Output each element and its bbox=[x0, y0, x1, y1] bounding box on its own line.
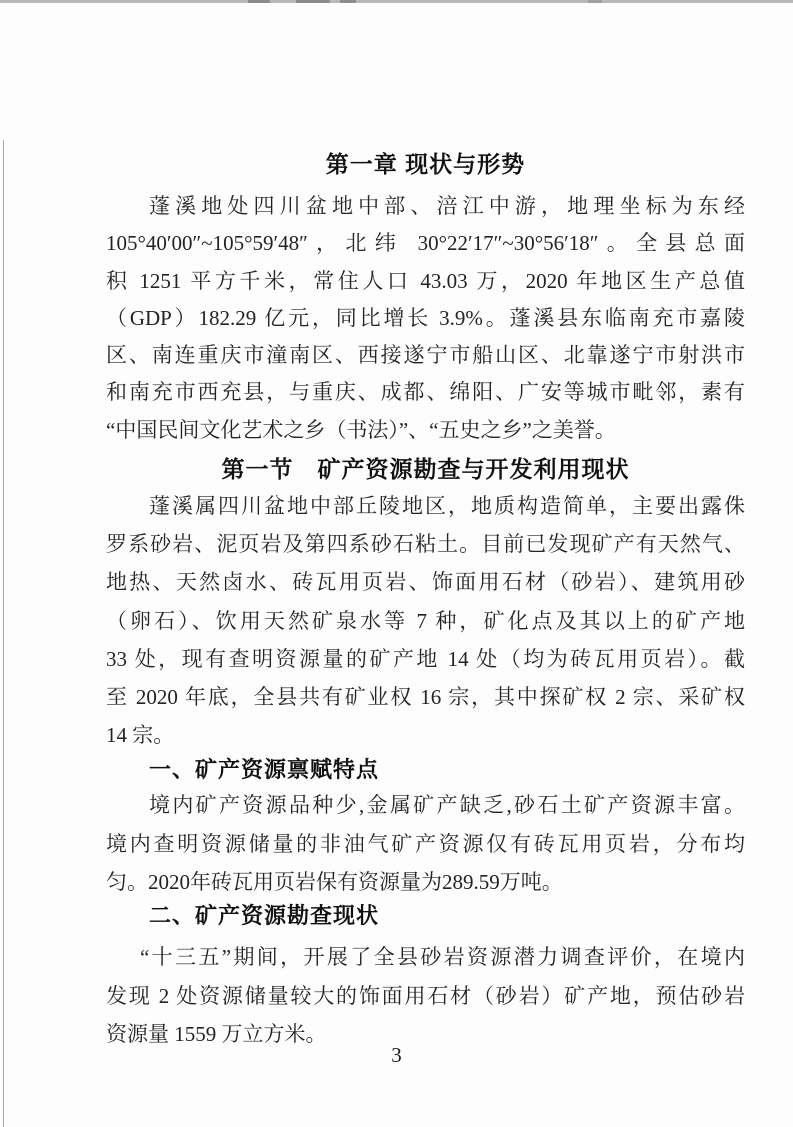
text-line: 105°40′00″~105°59′48″，北纬 30°22′17″~30°56… bbox=[106, 225, 745, 262]
text-line: 积 1251 平方千米，常住人口 43.03 万，2020 年地区生产总值 bbox=[106, 263, 745, 300]
text-line: 蓬溪属四川盆地中部丘陵地区，地质构造简单，主要出露侏 bbox=[106, 487, 745, 525]
text-line: 和南充市西充县，与重庆、成都、绵阳、广安等城市毗邻，素有 bbox=[106, 374, 745, 411]
paragraph-geology: 蓬溪属四川盆地中部丘陵地区，地质构造简单，主要出露侏 罗系砂岩、泥页岩及第四系砂… bbox=[106, 487, 745, 754]
text-line: “中国民间文化艺术之乡（书法）”、“五史之乡”之美誉。 bbox=[106, 412, 745, 449]
text-line: 至 2020 年底，全县共有矿业权 16 宗，其中探矿权 2 宗、采矿权 bbox=[106, 678, 745, 716]
subheading-endowment: 一、矿产资源禀赋特点 bbox=[149, 753, 379, 784]
subheading-survey: 二、矿产资源勘查现状 bbox=[149, 899, 379, 930]
text-line: 境内矿产资源品种少,金属矿产缺乏,砂石土矿产资源丰富。 bbox=[106, 786, 745, 825]
text-line: “十三五”期间，开展了全县砂岩资源潜力调查评价，在境内 bbox=[106, 938, 745, 977]
document-page: 第一章 现状与形势 蓬溪地处四川盆地中部、涪江中游，地理坐标为东经 105°40… bbox=[0, 0, 793, 1127]
text-line: 区、南连重庆市潼南区、西接遂宁市船山区、北靠遂宁市射洪市 bbox=[106, 337, 745, 374]
text-line: 境内查明资源储量的非油气矿产资源仅有砖瓦用页岩，分布均 bbox=[106, 825, 745, 864]
page-number: 3 bbox=[0, 1043, 793, 1068]
text-line: 14 宗。 bbox=[106, 716, 745, 754]
paragraph-survey: “十三五”期间，开展了全县砂岩资源潜力调查评价，在境内 发现 2 处资源储量较大… bbox=[106, 938, 745, 1054]
section-title: 第一节 矿产资源勘查与开发利用现状 bbox=[106, 451, 745, 484]
scan-edge-left bbox=[3, 140, 4, 1127]
text-line: 地热、天然卤水、砖瓦用页岩、饰面用石材（砂岩）、建筑用砂 bbox=[106, 563, 745, 601]
text-line: 发现 2 处资源储量较大的饰面用石材（砂岩）矿产地，预估砂岩 bbox=[106, 977, 745, 1016]
text-line: 罗系砂岩、泥页岩及第四系砂石粘土。目前已发现矿产有天然气、 bbox=[106, 525, 745, 563]
text-line: 蓬溪地处四川盆地中部、涪江中游，地理坐标为东经 bbox=[106, 188, 745, 225]
paragraph-endowment: 境内矿产资源品种少,金属矿产缺乏,砂石土矿产资源丰富。 境内查明资源储量的非油气… bbox=[106, 786, 745, 902]
chapter-title: 第一章 现状与形势 bbox=[106, 146, 745, 179]
text-line: （卵石）、饮用天然矿泉水等 7 种，矿化点及其以上的矿产地 bbox=[106, 602, 745, 640]
text-line: 匀。2020年砖瓦用页岩保有资源量为289.59万吨。 bbox=[106, 863, 745, 902]
text-line: 33 处，现有查明资源量的矿产地 14 处（均为砖瓦用页岩）。截 bbox=[106, 640, 745, 678]
text-line: （GDP）182.29 亿元，同比增长 3.9%。蓬溪县东临南充市嘉陵 bbox=[106, 300, 745, 337]
paragraph-intro: 蓬溪地处四川盆地中部、涪江中游，地理坐标为东经 105°40′00″~105°5… bbox=[106, 188, 745, 449]
text-block: 第一章 现状与形势 蓬溪地处四川盆地中部、涪江中游，地理坐标为东经 105°40… bbox=[106, 0, 745, 1127]
